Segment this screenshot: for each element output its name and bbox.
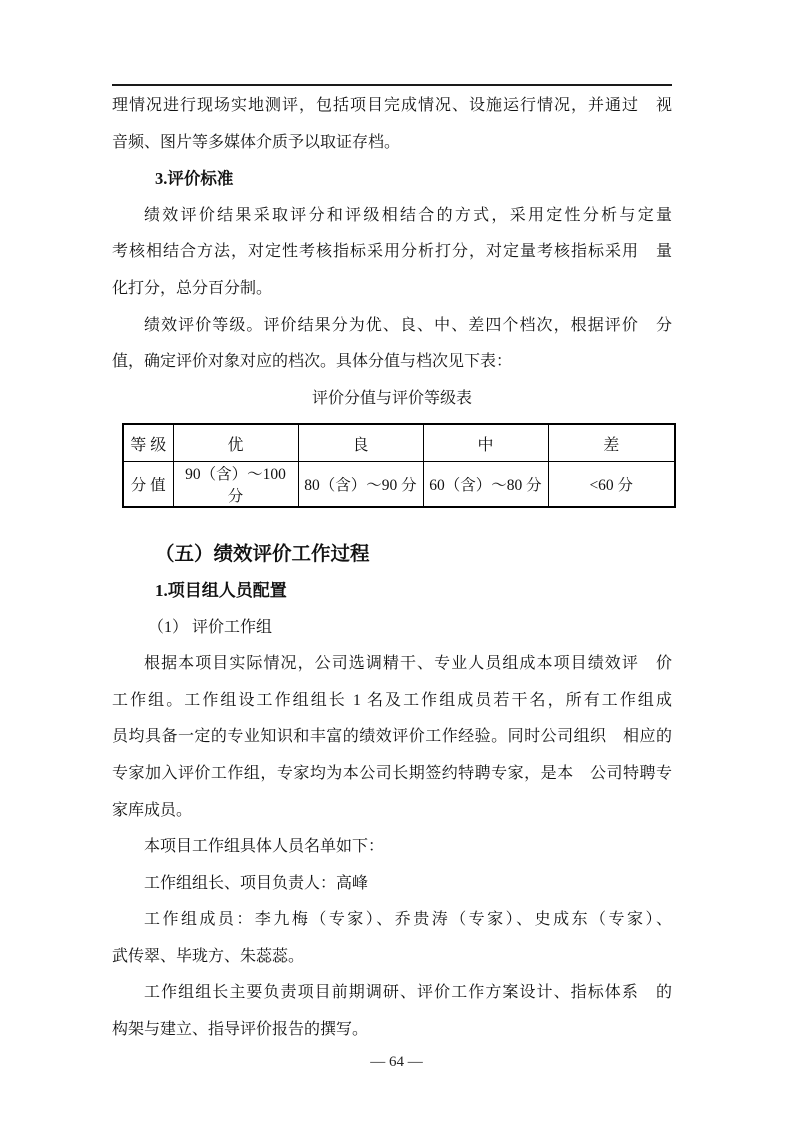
body-line: 理情况进行现场实地测评，包括项目完成情况、设施运行情况，并通过 视 xyxy=(112,88,672,125)
body-line: 工作组组长、项目负责人：高峰 xyxy=(112,866,672,903)
table-cell: 60（含）～80 分 xyxy=(423,462,548,508)
table-cell: 分 值 xyxy=(123,462,173,508)
body-line: 化打分，总分百分制。 xyxy=(112,271,672,308)
body-line: 音频、图片等多媒体介质予以取证存档。 xyxy=(112,125,672,162)
table-caption: 评价分值与评价等级表 xyxy=(112,381,672,418)
table-cell: <60 分 xyxy=(548,462,675,508)
body-line: 工作组组长主要负责项目前期调研、评价工作方案设计、指标体系 的 xyxy=(112,975,672,1012)
page-content: 理情况进行现场实地测评，包括项目完成情况、设施运行情况，并通过 视 音频、图片等… xyxy=(112,84,672,1049)
table-cell: 90（含）～100 分 xyxy=(173,462,298,508)
table-cell: 等 级 xyxy=(123,424,173,462)
table-cell: 差 xyxy=(548,424,675,462)
document-page: 理情况进行现场实地测评，包括项目完成情况、设施运行情况，并通过 视 音频、图片等… xyxy=(0,0,793,1122)
section-heading-standard: 3.评价标准 xyxy=(112,161,672,198)
section-heading-five: （五）绩效评价工作过程 xyxy=(112,536,672,573)
body-line: 专家加入评价工作组，专家均为本公司长期签约特聘专家，是本 公司特聘专 xyxy=(112,756,672,793)
table-row: 分 值 90（含）～100 分 80（含）～90 分 60（含）～80 分 <6… xyxy=(123,462,675,508)
header-rule xyxy=(112,84,672,86)
body-line: 本项目工作组具体人员名单如下： xyxy=(112,829,672,866)
table-cell: 80（含）～90 分 xyxy=(298,462,423,508)
table-cell: 良 xyxy=(298,424,423,462)
body-line: 绩效评价结果采取评分和评级相结合的方式，采用定性分析与定量 xyxy=(112,198,672,235)
body-line: 工作组成员：李九梅（专家）、乔贵涛（专家）、史成东（专家）、 xyxy=(112,902,672,939)
body-line: 武传翠、毕珑方、朱蕊蕊。 xyxy=(112,939,672,976)
body-line: 员均具备一定的专业知识和丰富的绩效评价工作经验。同时公司组织 相应的 xyxy=(112,719,672,756)
section-heading-one: 1.项目组人员配置 xyxy=(112,573,672,610)
body-line: 值，确定评价对象对应的档次。具体分值与档次见下表： xyxy=(112,344,672,381)
body-line: 家库成员。 xyxy=(112,793,672,830)
table-cell: 中 xyxy=(423,424,548,462)
table-row: 等 级 优 良 中 差 xyxy=(123,424,675,462)
table-cell: 优 xyxy=(173,424,298,462)
body-line: 根据本项目实际情况，公司选调精干、专业人员组成本项目绩效评 价 xyxy=(112,646,672,683)
subheading-eval-workgroup: （1） 评价工作组 xyxy=(112,610,672,647)
body-line: 考核相结合方法，对定性考核指标采用分析打分，对定量考核指标采用 量 xyxy=(112,234,672,271)
body-line: 工作组。工作组设工作组组长 1 名及工作组成员若干名，所有工作组成 xyxy=(112,683,672,720)
body-line: 绩效评价等级。评价结果分为优、良、中、差四个档次，根据评价 分 xyxy=(112,308,672,345)
page-number: — 64 — xyxy=(0,1044,793,1080)
grade-table: 等 级 优 良 中 差 分 值 90（含）～100 分 80（含）～90 分 6… xyxy=(122,423,676,508)
